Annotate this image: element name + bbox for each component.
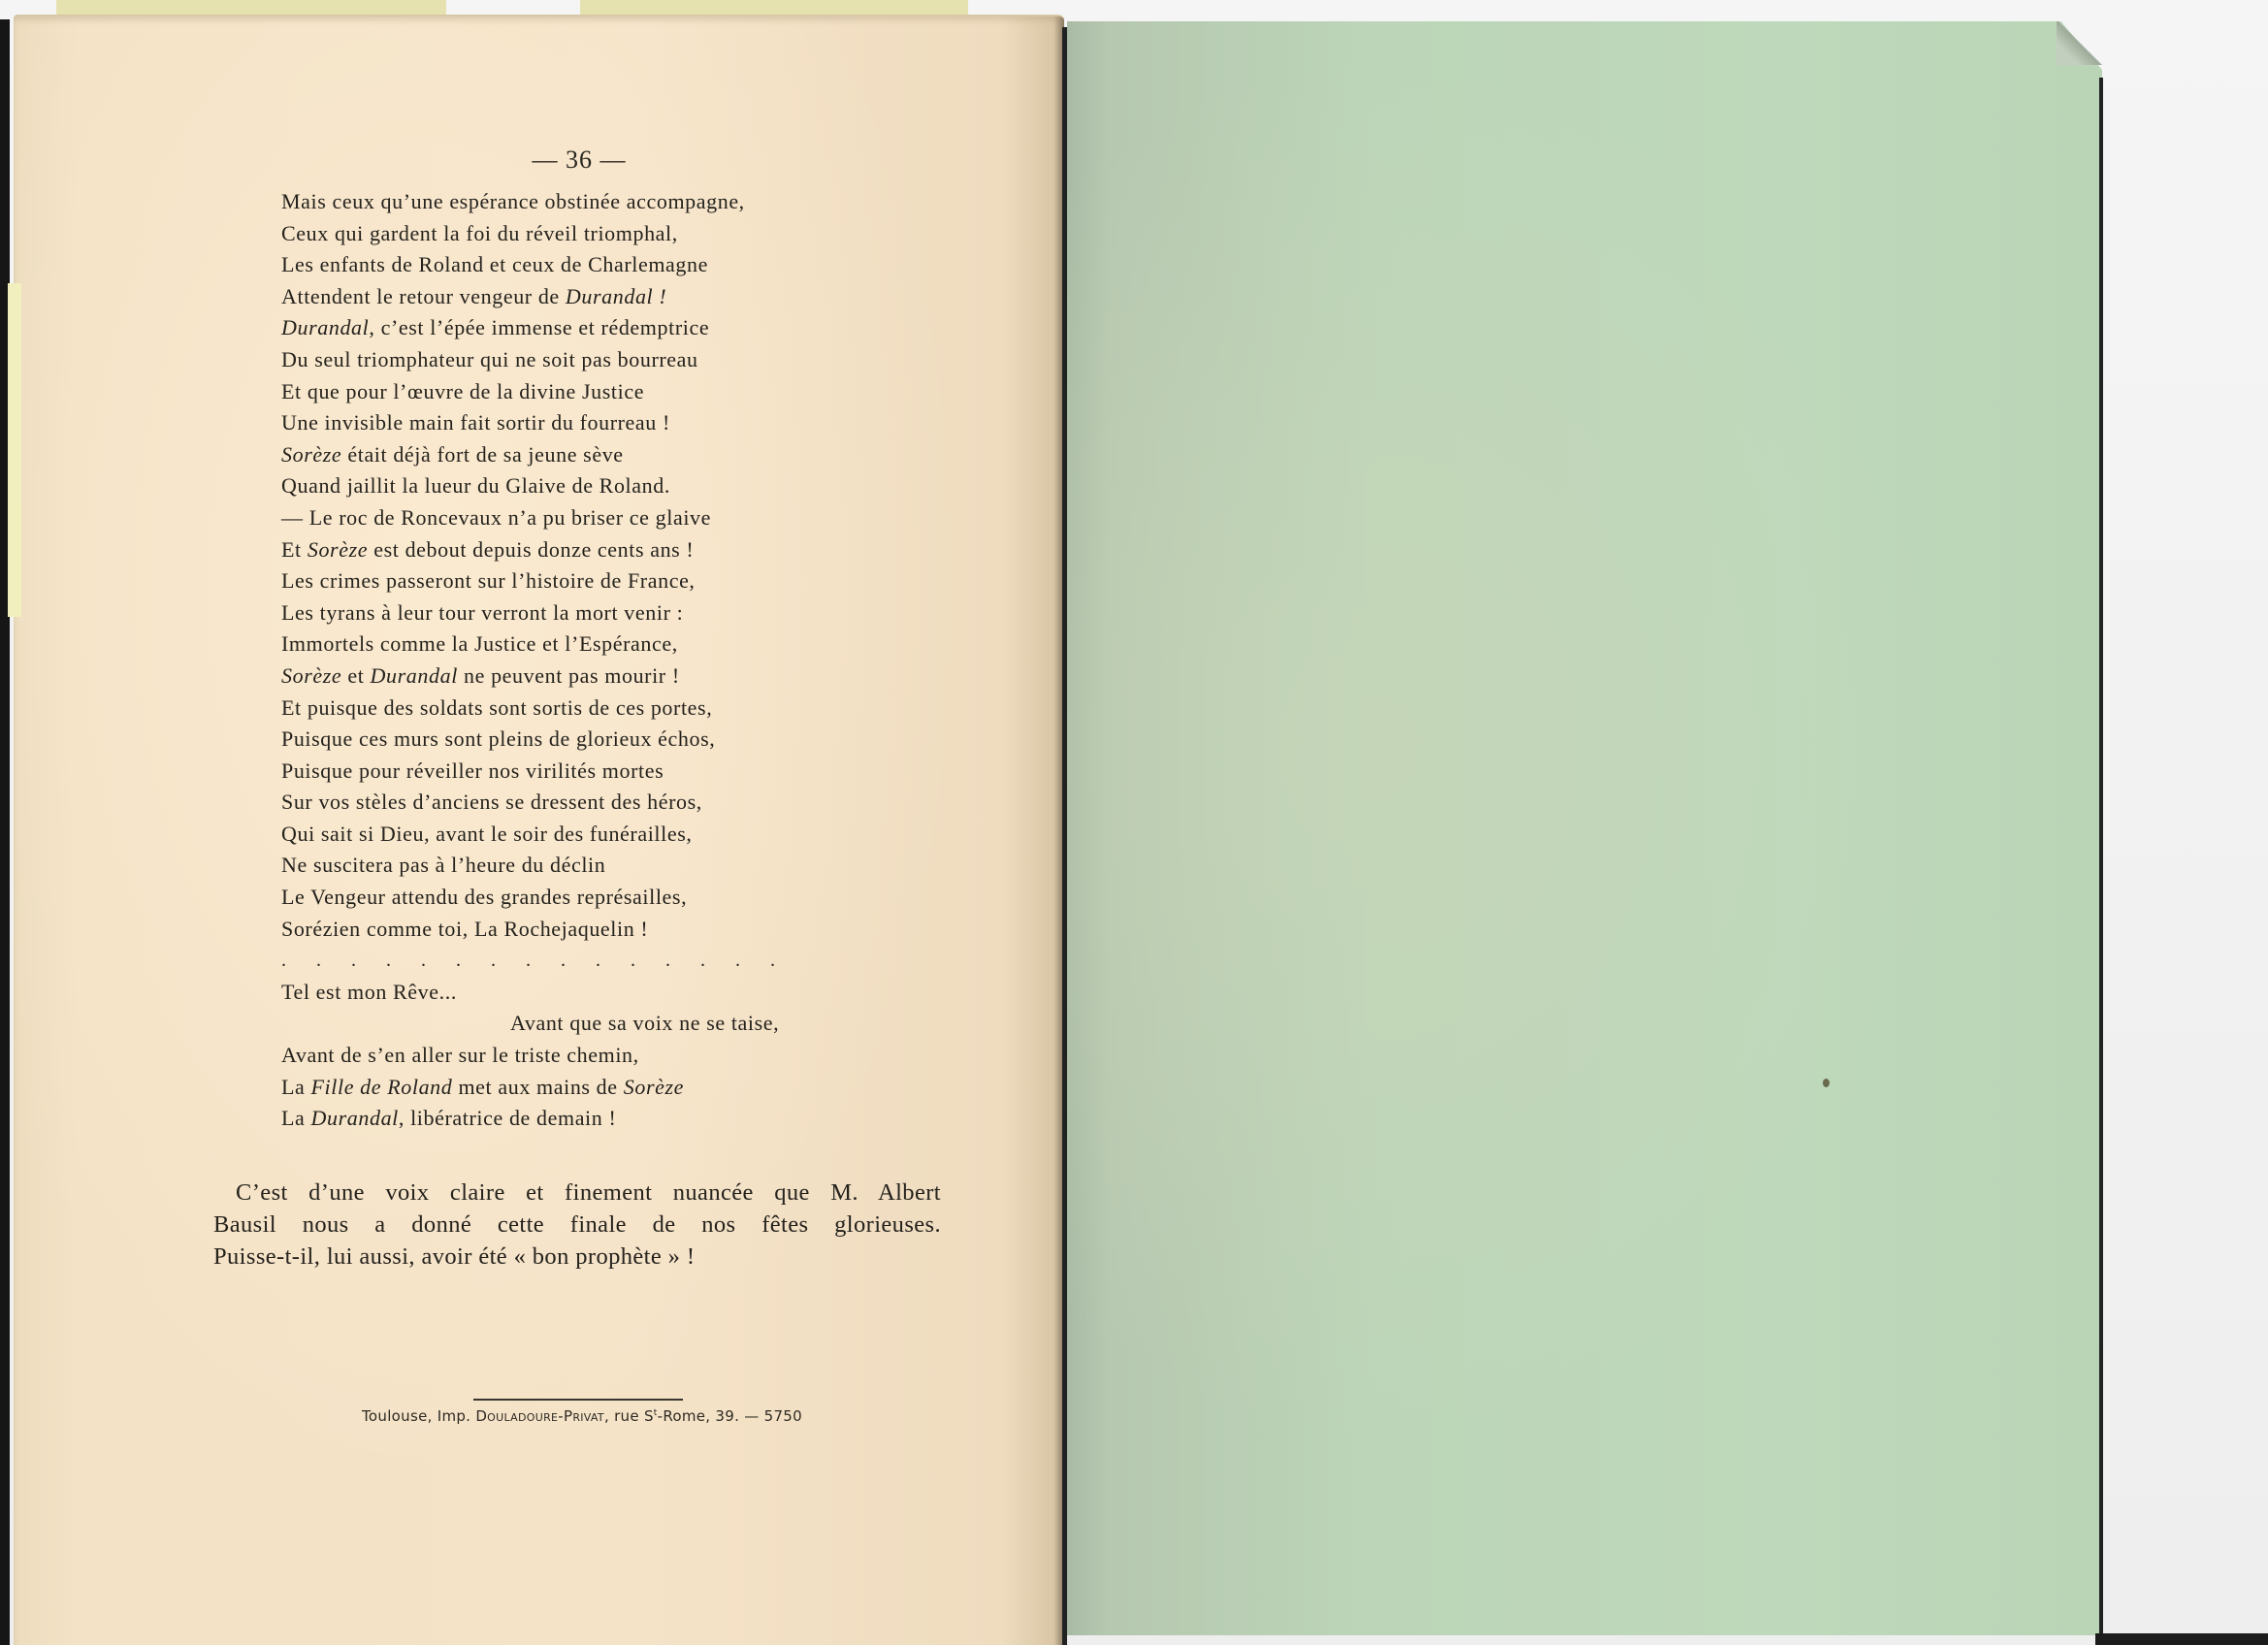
imprint-address-end: -Rome, 39. — 5750 xyxy=(658,1407,802,1425)
verse-line: Ne suscitera pas à l’heure du déclin xyxy=(281,850,883,882)
verse-line: Et Sorèze est debout depuis donze cents … xyxy=(281,534,883,566)
side-paper-slip xyxy=(8,283,21,617)
verse-line: Les tyrans à leur tour verront la mort v… xyxy=(281,597,883,629)
paragraph-line: Bausil nous a donné cette finale de nos … xyxy=(213,1209,941,1241)
verse-line: Sur vos stèles d’anciens se dressent des… xyxy=(281,787,883,819)
verse-line: Puisque pour réveiller nos virilités mor… xyxy=(281,756,883,788)
verse-line: Ceux qui gardent la foi du réveil triomp… xyxy=(281,218,883,250)
paper-speck xyxy=(1823,1079,1830,1087)
verse-line: Attendent le retour vengeur de Durandal … xyxy=(281,281,883,313)
verse-line: Les enfants de Roland et ceux de Charlem… xyxy=(281,249,883,281)
verse-line: Et que pour l’œuvre de la divine Justice xyxy=(281,376,883,408)
verse-line: Quand jaillit la lueur du Glaive de Rola… xyxy=(281,470,883,502)
right-page-edge xyxy=(2099,78,2103,1635)
scanner-bottom-edge xyxy=(2095,1633,2268,1645)
verse-line: Sorèze et Durandal ne peuvent pas mourir… xyxy=(281,661,883,693)
verse-line: Tel est mon Rêve... xyxy=(281,977,883,1009)
right-page-cover xyxy=(1067,21,2102,1635)
imprint-address: , rue S xyxy=(604,1407,654,1425)
imprint-city: Toulouse, Imp. xyxy=(362,1407,475,1425)
verse-line: Avant que sa voix ne se taise, xyxy=(281,1008,883,1040)
verse-line: Qui sait si Dieu, avant le soir des funé… xyxy=(281,819,883,851)
verse-line: Le Vengeur attendu des grandes représail… xyxy=(281,882,883,914)
printer-imprint: Toulouse, Imp. Douladoure-Privat, rue St… xyxy=(291,1407,873,1425)
verse-line: La Fille de Roland met aux mains de Sorè… xyxy=(281,1072,883,1104)
page-number: — 36 — xyxy=(482,145,676,175)
book-spine xyxy=(1062,27,1067,1645)
paragraph-line: C’est d’une voix claire et finement nuan… xyxy=(213,1177,941,1209)
verse-line: Sorèze était déjà fort de sa jeune sève xyxy=(281,439,883,471)
paragraph-line: Puisse-t-il, lui aussi, avoir été « bon … xyxy=(213,1241,941,1273)
verse-line: Une invisible main fait sortir du fourre… xyxy=(281,407,883,439)
verse-line: Immortels comme la Justice et l’Espéranc… xyxy=(281,629,883,661)
verse-line: Les crimes passeront sur l’histoire de F… xyxy=(281,565,883,597)
verse-line: Mais ceux qu’une espérance obstinée acco… xyxy=(281,186,883,218)
verse-line: Durandal, c’est l’épée immense et rédemp… xyxy=(281,312,883,344)
verse-line: — Le roc de Roncevaux n’a pu briser ce g… xyxy=(281,502,883,534)
verse-line: Du seul triomphateur qui ne soit pas bou… xyxy=(281,344,883,376)
verse-line: La Durandal, libératrice de demain ! xyxy=(281,1103,883,1135)
scanner-left-edge xyxy=(0,19,10,1645)
verse-line: Et puisque des soldats sont sortis de ce… xyxy=(281,693,883,725)
verse-line: Puisque ces murs sont pleins de glorieux… xyxy=(281,724,883,756)
verse-line: Sorézien comme toi, La Rochejaquelin ! xyxy=(281,914,883,946)
imprint-printer: Douladoure-Privat xyxy=(475,1407,604,1425)
ellipsis-row: ............... xyxy=(281,945,883,977)
closing-paragraph: C’est d’une voix claire et finement nuan… xyxy=(213,1177,941,1273)
poem-verse: Mais ceux qu’une espérance obstinée acco… xyxy=(281,186,883,1135)
verse-line: Avant de s’en aller sur le triste chemin… xyxy=(281,1040,883,1072)
footer-rule xyxy=(473,1399,683,1401)
folded-corner xyxy=(2057,21,2102,65)
